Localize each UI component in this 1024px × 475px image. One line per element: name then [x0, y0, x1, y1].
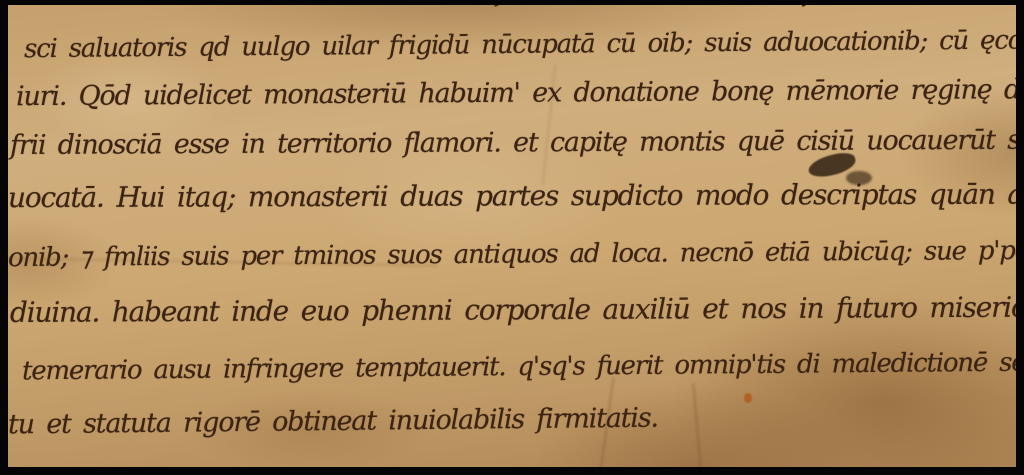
parchment-crease — [692, 383, 701, 467]
manuscript-line-5: onib; ⁊ fmliis suis per tminos suos anti… — [8, 235, 1016, 273]
ink-blot-small — [846, 171, 872, 185]
manuscript-photo: ım uıdelıcet fecım nrıs cōcessıone cōfır… — [0, 0, 1024, 475]
orange-stain-speck — [744, 393, 752, 403]
manuscript-line-1: sci saluatoris qd uulgo uilar frigidū nū… — [24, 24, 1016, 64]
manuscript-line-3: frii dinosciā esse in territorio flamori… — [10, 124, 1016, 161]
parchment-sheet: ım uıdelıcet fecım nrıs cōcessıone cōfır… — [8, 5, 1016, 467]
manuscript-line-6: diuina. habeant inde euo phenni corporal… — [10, 290, 1016, 329]
manuscript-line-2: iuri. Qōd uidelicet monasteriū habuim' e… — [16, 73, 1016, 112]
manuscript-line-7: temerario ausu infringere temptauerit. q… — [22, 348, 1016, 387]
manuscript-line-8: tu et statuta rigorē obtineat inuiolabil… — [8, 403, 658, 441]
manuscript-line-top-fragment: ım uıdelıcet fecım nrıs cōcessıone cōfır… — [338, 5, 892, 8]
